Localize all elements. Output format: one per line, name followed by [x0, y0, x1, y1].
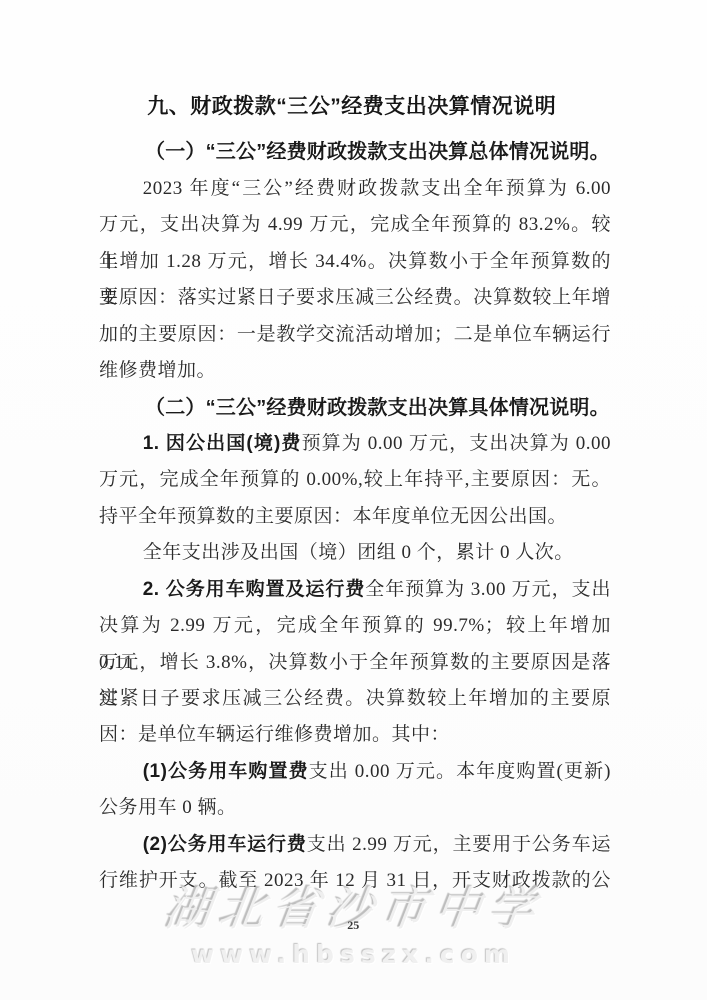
paragraph-line: 2. 公务用车购置及运行费全年预算为 3.00 万元，支出	[99, 572, 611, 608]
paragraph-line: 万元，完成全年预算的 0.00%,较上年持平,主要原因：无。	[99, 462, 611, 498]
page-number: 25	[347, 918, 359, 933]
paragraph-line: 2023 年度“三公”经费财政拨款支出全年预算为 6.00	[99, 171, 611, 207]
item-label-abroad-fee: 1. 因公出国(境)费	[143, 433, 302, 454]
paragraph-line: (1)公务用车购置费支出 0.00 万元。本年度购置(更新)	[99, 754, 611, 790]
subsection-heading-two: （二）“三公”经费财政拨款支出决算具体情况说明。	[99, 390, 611, 426]
item-label-vehicle-operation: (2)公务用车运行费	[143, 834, 307, 855]
paragraph-text: 预算为 0.00 万元，支出决算为 0.00	[302, 433, 611, 454]
paragraph-line: 加的主要原因：一是教学交流活动增加；二是单位车辆运行	[99, 317, 611, 353]
section-heading-nine: 九、财政拨款“三公”经费支出决算情况说明	[99, 89, 611, 125]
paragraph-line: 要原因：落实过紧日子要求压减三公经费。决算数较上年增	[99, 280, 611, 316]
paragraph-line: 全年支出涉及出国（境）团组 0 个，累计 0 人次。	[99, 535, 611, 571]
paragraph-line: (2)公务用车运行费支出 2.99 万元，主要用于公务车运	[99, 827, 611, 863]
paragraph-text: 支出 2.99 万元，主要用于公务车运	[307, 834, 611, 855]
paragraph-text: 全年预算为 3.00 万元，支出	[365, 579, 611, 600]
paragraph-line: 万元，增长 3.8%，决算数小于全年预算数的主要原因是落实	[99, 645, 611, 681]
paragraph-line: 行维护开支。截至 2023 年 12 月 31 日，开支财政拨款的公	[99, 863, 611, 899]
paragraph-line: 因：是单位车辆运行维修费增加。其中：	[99, 717, 611, 753]
watermark-url: www.hbsszx.com	[0, 940, 707, 970]
paragraph-line: 决算为 2.99 万元，完成全年预算的 99.7%；较上年增加 0.11	[99, 608, 611, 644]
paragraph-line: 年增加 1.28 万元，增长 34.4%。决算数小于全年预算数的主	[99, 244, 611, 280]
paragraph-line: 万元，支出决算为 4.99 万元，完成全年预算的 83.2%。较上	[99, 207, 611, 243]
item-label-vehicle-purchase: (1)公务用车购置费	[143, 761, 309, 782]
paragraph-line: 1. 因公出国(境)费预算为 0.00 万元，支出决算为 0.00	[99, 426, 611, 462]
document-page: 九、财政拨款“三公”经费支出决算情况说明 （一）“三公”经费财政拨款支出决算总体…	[0, 0, 707, 1000]
paragraph-text: 支出 0.00 万元。本年度购置(更新)	[309, 761, 611, 782]
subsection-heading-one: （一）“三公”经费财政拨款支出决算总体情况说明。	[99, 134, 611, 170]
item-label-vehicle-fee: 2. 公务用车购置及运行费	[143, 579, 366, 600]
paragraph-line: 公务用车 0 辆。	[99, 790, 611, 826]
paragraph-line: 持平全年预算数的主要原因：本年度单位无因公出国。	[99, 499, 611, 535]
paragraph-line: 过紧日子要求压减三公经费。决算数较上年增加的主要原	[99, 681, 611, 717]
paragraph-line: 维修费增加。	[99, 353, 611, 389]
document-content: 九、财政拨款“三公”经费支出决算情况说明 （一）“三公”经费财政拨款支出决算总体…	[99, 89, 611, 900]
